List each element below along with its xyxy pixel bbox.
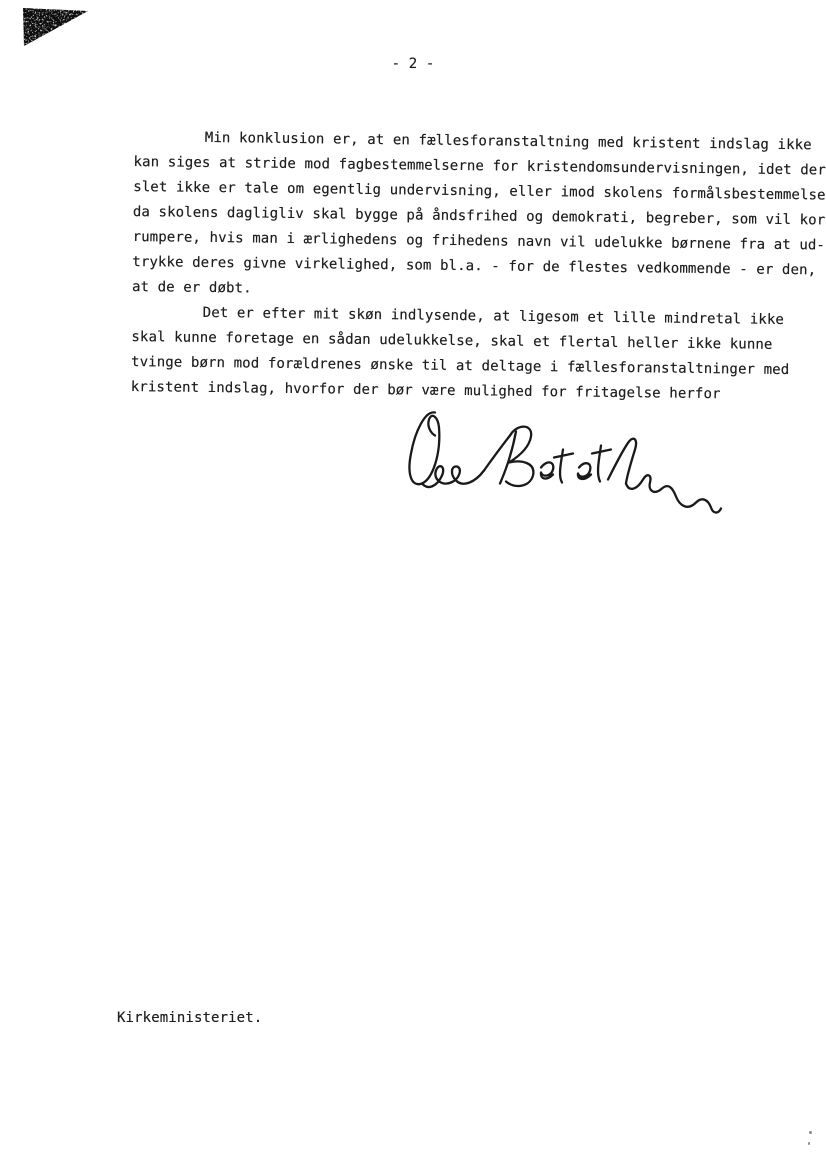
sender-name: Kirkeministeriet. bbox=[117, 1006, 262, 1031]
paragraph-conclusion: Min konklusion er, at en fællesforanstal… bbox=[132, 125, 826, 309]
scan-speckle bbox=[809, 1131, 812, 1134]
letter-body: Min konklusion er, at en fællesforanstal… bbox=[131, 125, 826, 409]
signature bbox=[403, 406, 733, 528]
scan-speckle bbox=[808, 1142, 810, 1145]
paragraph-fritagelse: Det er efter mit skøn indlysende, at lig… bbox=[131, 300, 826, 409]
scanned-document-page: - 2 - Min konklusion er, at en fællesfor… bbox=[0, 0, 826, 1169]
page-number: - 2 - bbox=[0, 52, 826, 77]
signature-handwriting-icon bbox=[403, 406, 733, 524]
